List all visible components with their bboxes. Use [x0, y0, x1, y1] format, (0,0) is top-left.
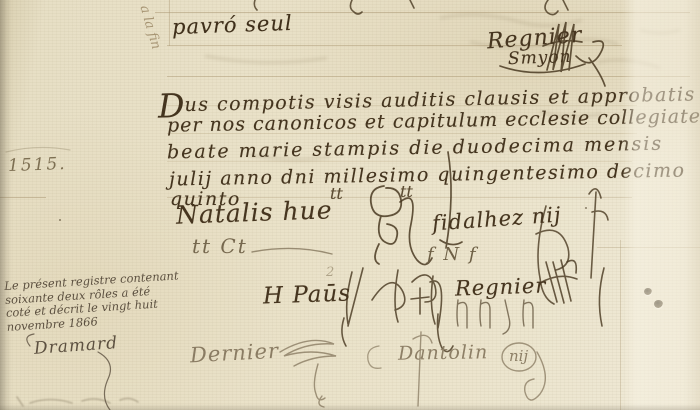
signature-paris: H Paūs [263, 282, 352, 308]
signature-dernier: Dernier [190, 341, 280, 367]
archival-note: Le présent registre contenant soixante d… [4, 270, 181, 333]
paper-speck [59, 219, 61, 221]
marks-tt-ct: tt Ct [192, 236, 248, 256]
scan-bottom-edge-shadow [0, 404, 700, 410]
cutoff-note-text: pavró seul [172, 13, 293, 38]
small-mark-2: 2 [326, 266, 334, 279]
closing-paraph-loop [371, 186, 401, 264]
manuscript-page: pavró seul a la fin Regnier Smyon Dus co… [0, 0, 700, 410]
signature-dantolin: Dantolin [398, 343, 489, 364]
closing-mark-right: tt [400, 184, 413, 200]
signature-regnier-mid: Regnier [455, 275, 547, 299]
scan-left-edge-shadow [0, 0, 12, 410]
paper-speck [585, 207, 587, 209]
page-right-margin [622, 0, 700, 410]
regnier-mid-paraph [540, 260, 604, 326]
margin-year: 1515. [8, 156, 67, 175]
regnier-mid-hatch-marks [457, 300, 533, 334]
small-g-mark [368, 346, 381, 368]
paris-paraph-cluster [342, 268, 453, 352]
pencil-curve [6, 147, 70, 152]
marks-f-n-f: f N f [427, 246, 478, 264]
dernier-leaf-flourish [280, 340, 336, 407]
fidalhez-paraph [589, 189, 608, 278]
signature-smyon: Smyon [508, 49, 572, 68]
dantolin-mark-nij: nij [509, 349, 528, 364]
signature-natalis-hue: Natalis hue [176, 197, 333, 227]
tt-ct-tail [252, 248, 332, 254]
cutoff-strokes-top [254, 0, 568, 15]
